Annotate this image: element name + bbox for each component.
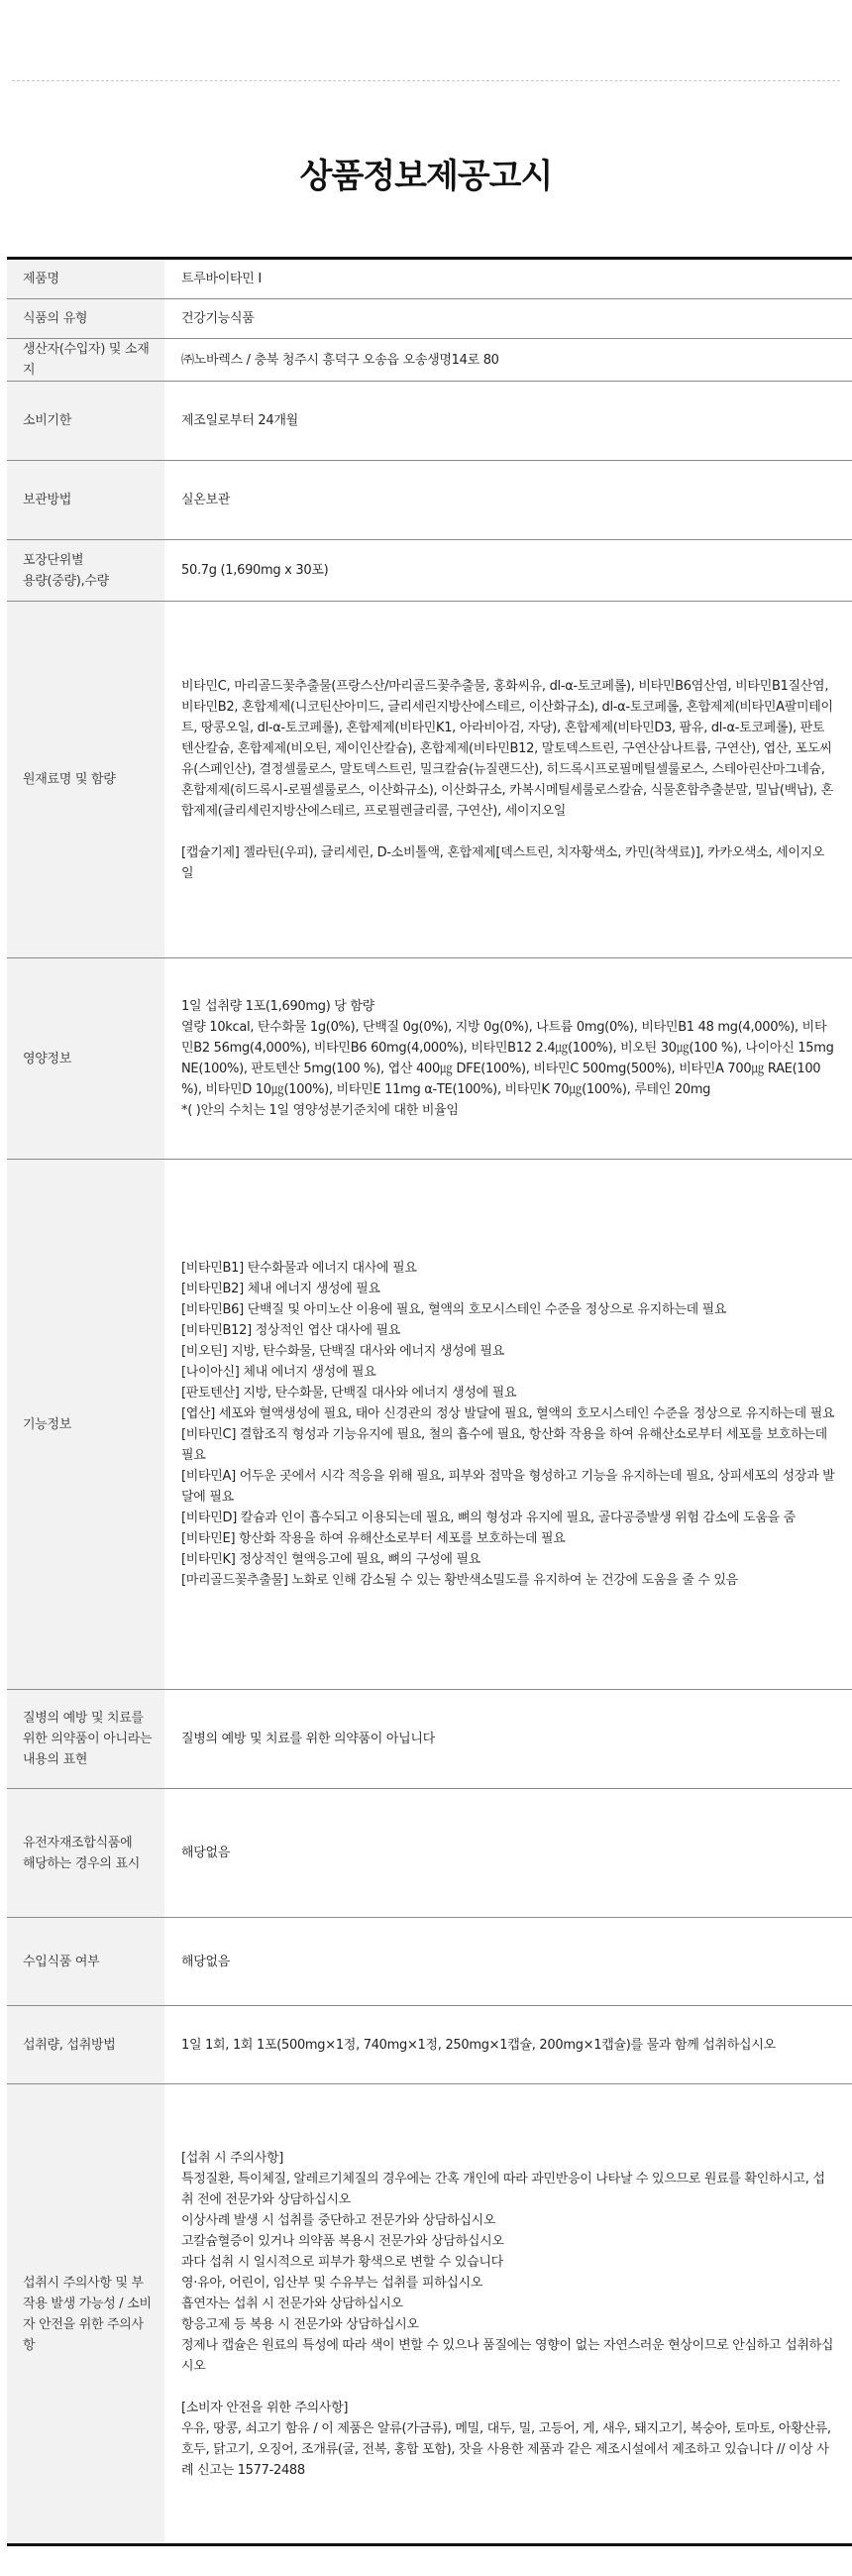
function-line: [비오틴] 지방, 탄수화물, 단백질 대사와 에너지 생성에 필요 [181,1341,836,1362]
product-info-table: 제품명 트루바이타민 I 식품의 유형 건강기능식품 생산자(수입자) 및 소재… [7,257,852,2546]
function-line: [비타민B12] 정상적인 엽산 대사에 필요 [181,1320,836,1341]
function-line: [마리골드꽃추출물] 노화로 인해 감소될 수 있는 황반색소밀도를 유지하여 … [181,1570,836,1591]
row-label: 유전자재조합식품에 해당하는 경우의 표시 [7,1789,164,1918]
row-value: 질병의 예방 및 치료를 위한 의약품이 아닙니다 [164,1690,852,1789]
row-value: 50.7g (1,690mg x 30포) [164,540,852,602]
table-row-intake-method: 섭취량, 섭취방법 1일 1회, 1회 1포(500mg×1정, 740mg×1… [7,2006,852,2084]
row-value: 건강기능식품 [164,299,852,339]
row-label: 섭취량, 섭취방법 [7,2006,164,2084]
row-value: 1일 섭취량 1포(1,690mg) 당 함량 열량 10kcal, 탄수화물 … [164,958,852,1160]
row-label: 소비기한 [7,382,164,461]
table-row-package-quantity: 포장단위별 용량(중량),수량 50.7g (1,690mg x 30포) [7,540,852,602]
table-row-precautions: 섭취시 주의사항 및 부작용 발생 가능성 / 소비자 안전을 위한 주의사항 … [7,2084,852,2545]
table-row-functional-info: 기능정보 [비타민B1] 탄수화물과 에너지 대사에 필요 [비타민B2] 체내… [7,1160,852,1690]
function-line: [비타민B1] 탄수화물과 에너지 대사에 필요 [181,1258,836,1279]
precaution-line: 이상사례 발생 시 섭취를 중단하고 전문가와 상담하십시오 [181,2210,836,2231]
row-value: ㈜노바렉스 / 충북 청주시 흥덕구 오송읍 오송생명14로 80 [164,339,852,382]
row-label: 섭취시 주의사항 및 부작용 발생 가능성 / 소비자 안전을 위한 주의사항 [7,2084,164,2545]
table-row-expiry: 소비기한 제조일로부터 24개월 [7,382,852,461]
nutrition-serving: 1일 섭취량 1포(1,690mg) 당 함량 [181,996,836,1017]
function-line: [비타민K] 정상적인 혈액응고에 필요, 뼈의 구성에 필요 [181,1549,836,1570]
row-value: [섭취 시 주의사항] 특정질환, 특이체질, 알레르기체질의 경우에는 간혹 … [164,2084,852,2545]
capsule-base-text: [캡슐기제] 젤라틴(우피), 글리세린, D-소비톨액, 혼합제제[덱스트린,… [181,842,836,884]
function-line: [비타민B6] 단백질 및 아미노산 이용에 필요, 혈액의 호모시스테인 수준… [181,1299,836,1320]
table-row-not-medicine: 질병의 예방 및 치료를 위한 의약품이 아니라는 내용의 표현 질병의 예방 … [7,1690,852,1789]
table-row-ingredients: 원재료명 및 함량 비타민C, 마리골드꽃추출물(프랑스산/마리골드꽃추출물, … [7,602,852,958]
function-line: [비타민A] 어두운 곳에서 시각 적응을 위해 필요, 피부와 점막을 형성하… [181,1466,836,1508]
precaution-line: 흡연자는 섭취 시 전문가와 상담하십시오 [181,2294,836,2314]
row-value: 해당없음 [164,1918,852,2006]
row-value: [비타민B1] 탄수화물과 에너지 대사에 필요 [비타민B2] 체내 에너지 … [164,1160,852,1690]
product-info-notice-page: 상품정보제공고시 제품명 트루바이타민 I 식품의 유형 건강기능식품 생산자(… [0,0,852,2576]
table-row-manufacturer: 생산자(수입자) 및 소재지 ㈜노바렉스 / 충북 청주시 흥덕구 오송읍 오송… [7,339,852,382]
row-label: 포장단위별 용량(중량),수량 [7,540,164,602]
section-heading: [섭취 시 주의사항] [181,2148,836,2169]
row-label: 기능정보 [7,1160,164,1690]
function-line: [비타민B2] 체내 에너지 생성에 필요 [181,1279,836,1299]
precaution-line: 영·유아, 어린이, 임산부 및 수유부는 섭취를 피하십시오 [181,2273,836,2294]
function-line: [비타민E] 항산화 작용을 하여 유해산소로부터 세포를 보호하는데 필요 [181,1528,836,1549]
function-line: [엽산] 세포와 혈액생성에 필요, 태아 신경관의 정상 발달에 필요, 혈액… [181,1403,836,1424]
precaution-line: 항응고제 등 복용 시 전문가와 상담하십시오 [181,2314,836,2335]
table-row-product-name: 제품명 트루바이타민 I [7,259,852,299]
function-line: [나이아신] 체내 에너지 생성에 필요 [181,1362,836,1383]
table-row-food-type: 식품의 유형 건강기능식품 [7,299,852,339]
row-value: 해당없음 [164,1789,852,1918]
top-divider [12,80,840,81]
precaution-line: 과다 섭취 시 일시적으로 피부가 황색으로 변할 수 있습니다 [181,2252,836,2273]
precaution-line: 정제나 캡슐은 원료의 특성에 따라 색이 변할 수 있으나 품질에는 영향이 … [181,2335,836,2377]
consumer-safety-section: [소비자 안전을 위한 주의사항] 우유, 땅콩, 쇠고기 함유 / 이 제품은… [181,2398,836,2481]
function-line: [판토텐산] 지방, 탄수화물, 단백질 대사와 에너지 생성에 필요 [181,1383,836,1403]
nutrition-footnote: *( )안의 수치는 1일 영양성분기준치에 대한 비율임 [181,1100,836,1121]
function-line: [비타민D] 칼슘과 인이 흡수되고 이용되는데 필요, 뼈의 형성과 유지에 … [181,1508,836,1528]
row-label: 제품명 [7,259,164,299]
table-row-imported: 수입식품 여부 해당없음 [7,1918,852,2006]
table-row-nutrition: 영양정보 1일 섭취량 1포(1,690mg) 당 함량 열량 10kcal, … [7,958,852,1160]
row-value: 트루바이타민 I [164,259,852,299]
nutrition-facts: 열량 10kcal, 탄수화물 1g(0%), 단백질 0g(0%), 지방 0… [181,1017,836,1100]
table-row-gmo: 유전자재조합식품에 해당하는 경우의 표시 해당없음 [7,1789,852,1918]
row-value: 1일 1회, 1회 1포(500mg×1정, 740mg×1정, 250mg×1… [164,2006,852,2084]
row-label: 보관방법 [7,461,164,540]
precaution-line: 고칼슘혈증이 있거나 의약품 복용시 전문가와 상담하십시오 [181,2231,836,2252]
row-label: 영양정보 [7,958,164,1160]
allergen-notice: 우유, 땅콩, 쇠고기 함유 / 이 제품은 알류(가금류), 메밀, 대두, … [181,2418,836,2481]
row-label: 생산자(수입자) 및 소재지 [7,339,164,382]
row-label: 수입식품 여부 [7,1918,164,2006]
section-heading: [소비자 안전을 위한 주의사항] [181,2398,836,2418]
precaution-line: 특정질환, 특이체질, 알레르기체질의 경우에는 간혹 개인에 따라 과민반응이… [181,2169,836,2210]
table-row-storage: 보관방법 실온보관 [7,461,852,540]
page-title: 상품정보제공고시 [0,149,852,197]
row-value: 실온보관 [164,461,852,540]
row-label: 질병의 예방 및 치료를 위한 의약품이 아니라는 내용의 표현 [7,1690,164,1789]
row-label: 원재료명 및 함량 [7,602,164,958]
row-value: 제조일로부터 24개월 [164,382,852,461]
ingredients-text: 비타민C, 마리골드꽃추출물(프랑스산/마리골드꽃추출물, 홍화씨유, dl-α… [181,676,836,822]
function-line: [비타민C] 결합조직 형성과 기능유지에 필요, 철의 흡수에 필요, 항산화… [181,1424,836,1466]
row-value: 비타민C, 마리골드꽃추출물(프랑스산/마리골드꽃추출물, 홍화씨유, dl-α… [164,602,852,958]
row-label: 식품의 유형 [7,299,164,339]
intake-precautions-section: [섭취 시 주의사항] 특정질환, 특이체질, 알레르기체질의 경우에는 간혹 … [181,2148,836,2377]
